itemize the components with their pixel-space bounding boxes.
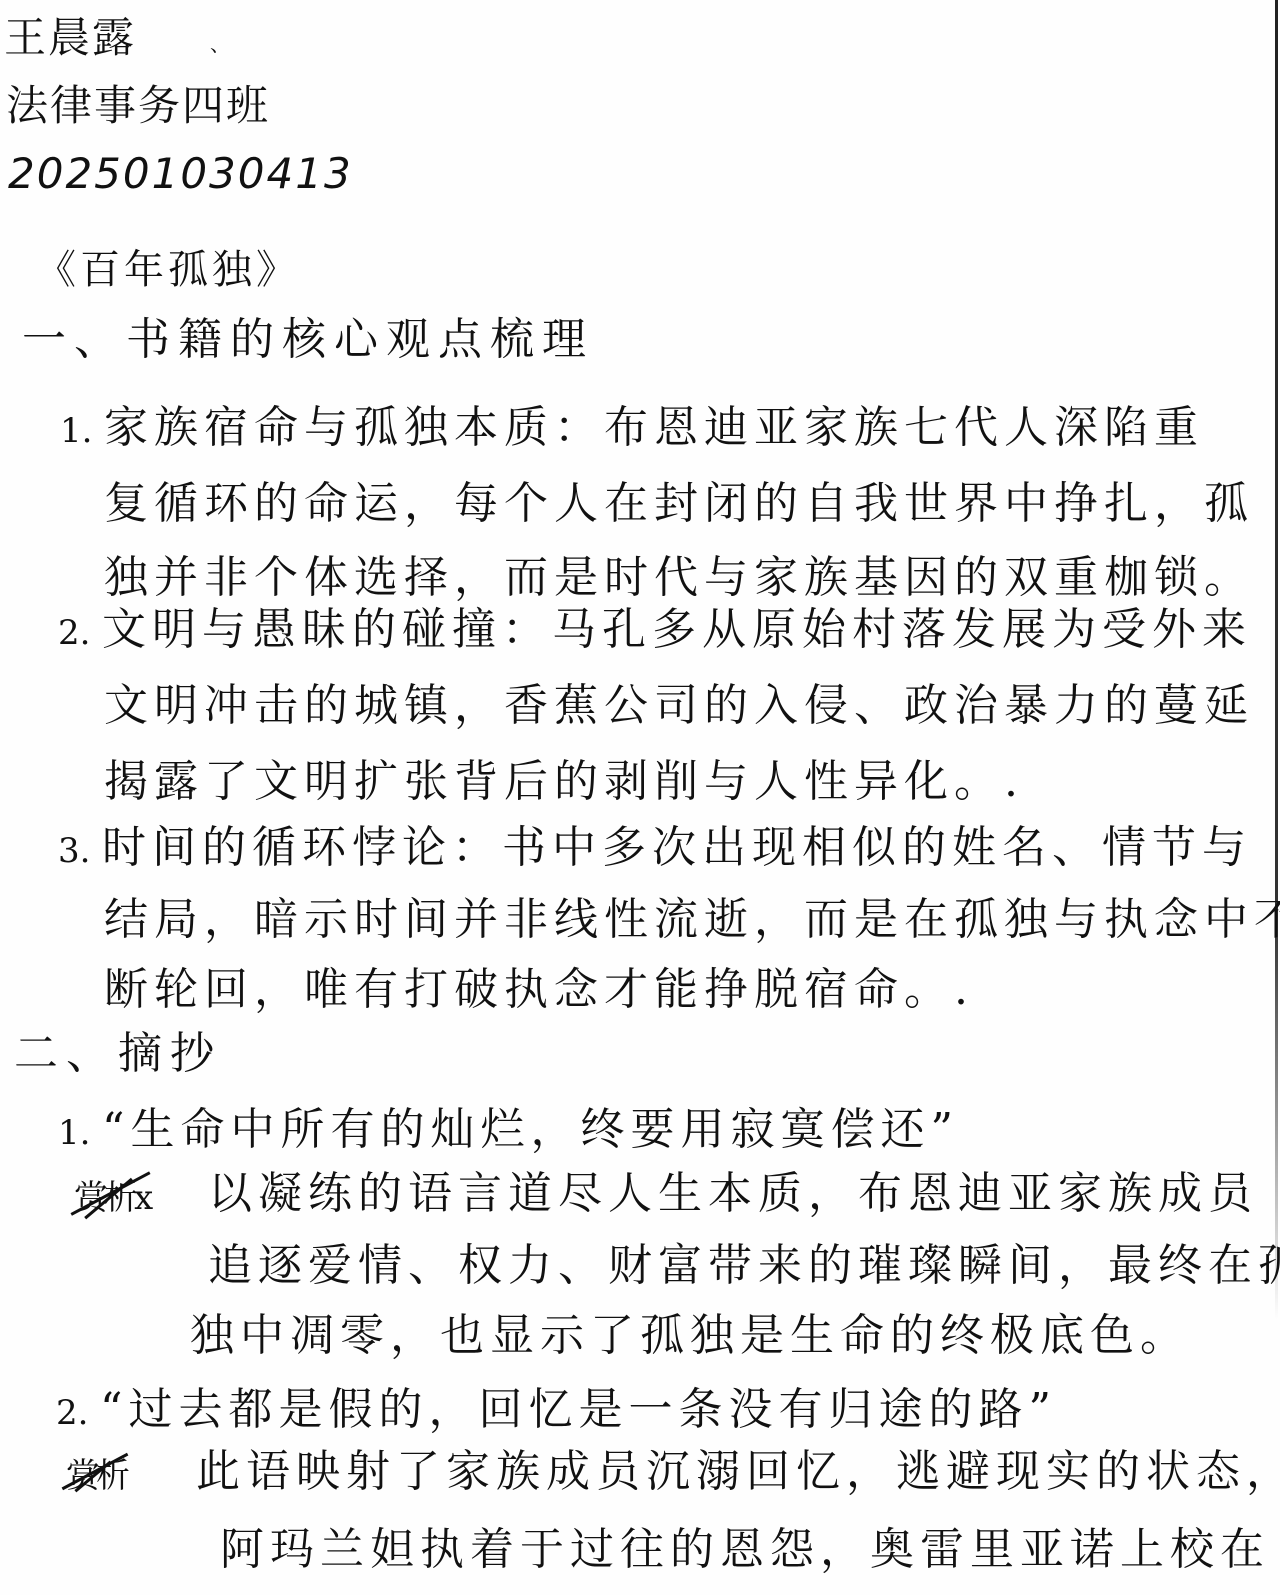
item-text: 时间的循环悖论：书中多次出现相似的姓名、情节与 — [102, 822, 1252, 873]
item-line: 2.文明与愚昧的碰撞：马孔多从原始村落发展为受外来 — [58, 600, 1252, 663]
analysis-line: 以凝练的语言道尽人生本质，布恩迪亚家族成员 — [208, 1164, 1258, 1224]
handwritten-page: 王晨露 、 法律事务四班 202501030413 《百年孤独》 一、书籍的核心… — [0, 0, 1280, 1595]
quote-text: “过去都是假的，回忆是一条没有归途的路” — [100, 1384, 1057, 1435]
item-line: 文明冲击的城镇，香蕉公司的入侵、政治暴力的蔓延 — [104, 676, 1254, 736]
item-number: 2. — [58, 603, 102, 663]
stray-mark: 、 — [210, 28, 230, 57]
student-name: 王晨露 — [4, 8, 136, 68]
book-title: 《百年孤独》 — [36, 240, 300, 300]
student-class: 法律事务四班 — [6, 76, 270, 136]
item-line: 3.时间的循环悖论：书中多次出现相似的姓名、情节与 — [58, 818, 1252, 881]
item-line: 揭露了文明扩张背后的剥削与人性异化。. — [104, 752, 1024, 812]
item-number: 1. — [58, 1103, 102, 1163]
quote-text: “生命中所有的灿烂，终要用寂寞偿还” — [102, 1104, 959, 1155]
analysis-line: 此语映射了家族成员沉溺回忆，逃避现实的状态， — [196, 1442, 1280, 1502]
item-line: 断轮回，唯有打破执念才能挣脱宿命。. — [104, 960, 974, 1020]
item-number: 3. — [58, 821, 102, 881]
item-number: 1. — [60, 401, 104, 461]
item-line: 结局，暗示时间并非线性流逝，而是在孤独与执念中不 — [104, 890, 1280, 950]
student-id: 202501030413 — [8, 144, 353, 204]
analysis-line: 独中凋零，也显示了孤独是生命的终极底色。 — [190, 1306, 1190, 1366]
item-line: 复循环的命运，每个人在封闭的自我世界中挣扎，孤 — [104, 474, 1254, 534]
item-number: 2. — [56, 1383, 100, 1443]
item-line: 1.家族宿命与孤独本质：布恩迪亚家族七代人深陷重 — [60, 398, 1204, 461]
page-edge-shadow — [1275, 0, 1278, 1320]
quote-line: 2.“过去都是假的，回忆是一条没有归途的路” — [56, 1380, 1057, 1443]
crossed-out-word: 赏析 — [66, 1448, 126, 1497]
section-heading-1: 一、书籍的核心观点梳理 — [22, 310, 594, 370]
analysis-line: 阿玛兰妲执着于过往的恩怨，奥雷里亚诺上校在 — [220, 1520, 1270, 1580]
item-line: 独并非个体选择，而是时代与家族基因的双重枷锁。 — [104, 548, 1254, 608]
analysis-line: 追逐爱情、权力、财富带来的璀璨瞬间，最终在孤 — [208, 1236, 1280, 1296]
item-text: 家族宿命与孤独本质：布恩迪亚家族七代人深陷重 — [104, 402, 1204, 453]
crossed-out-word: 赏析x — [74, 1170, 149, 1219]
item-text: 文明与愚昧的碰撞：马孔多从原始村落发展为受外来 — [102, 604, 1252, 655]
section-heading-2: 二、摘抄 — [14, 1024, 222, 1084]
quote-line: 1.“生命中所有的灿烂，终要用寂寞偿还” — [58, 1100, 959, 1163]
